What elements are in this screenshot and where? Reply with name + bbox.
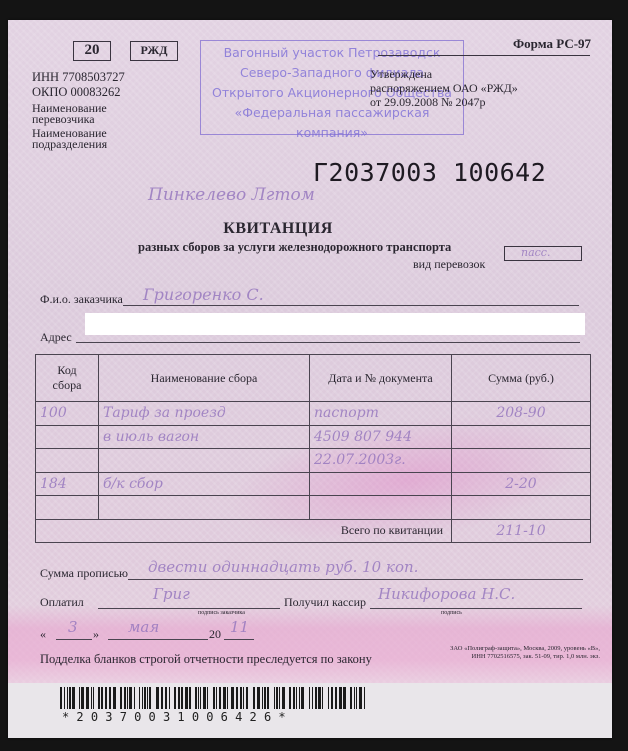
header-fee-name: Наименование сбора [99, 355, 310, 402]
barcode-bar [142, 687, 143, 709]
barcode-bar [198, 687, 199, 709]
paid-label: Оплатил [40, 595, 84, 610]
barcode-bar [162, 687, 163, 709]
total-label: Всего по квитанции [36, 519, 452, 543]
barcode-bar [223, 687, 226, 709]
sum-cell[interactable] [452, 449, 591, 473]
document-cell[interactable]: паспорт [310, 402, 452, 426]
barcode-bar [301, 687, 304, 709]
fees-table: Кодсбора Наименование сбора Дата и № док… [35, 354, 591, 543]
carrier-label: Наименование перевозчика [32, 103, 125, 125]
paid-signature-line [98, 608, 280, 609]
security-band [8, 605, 612, 683]
barcode-bar [79, 687, 81, 709]
transport-type-field[interactable]: пасс. [504, 246, 582, 261]
approval-note: Утверждена распоряжением ОАО «РЖД» от 29… [370, 67, 518, 109]
barcode-bar [328, 687, 329, 709]
barcode-bar [149, 687, 152, 709]
table-row: 22.07.2003г. [36, 449, 591, 473]
barcode-bar [289, 687, 291, 709]
amount-words-field[interactable]: двести одиннадцать руб. 10 коп. [148, 558, 418, 576]
barcode-bar [64, 687, 65, 709]
divider [378, 55, 590, 56]
barcode-bar [165, 687, 167, 709]
date-close-quote: » [93, 627, 99, 642]
date-day-line [56, 639, 92, 640]
header-document: Дата и № документа [310, 355, 452, 402]
barcode-bar [283, 687, 285, 709]
barcode-gap [366, 687, 369, 709]
address-field[interactable] [76, 342, 580, 343]
barcode-bar [279, 687, 280, 709]
serial-number: Г2037003 100642 [313, 158, 546, 187]
total-sum-cell[interactable]: 211-10 [452, 519, 591, 543]
table-row: 184 б/к сбор 2-20 [36, 472, 591, 496]
fee-name-cell[interactable]: в июль вагон [99, 425, 310, 449]
company-info: ИНН 7708503727 ОКПО 00083262 Наименовани… [32, 70, 125, 150]
fee-name-cell[interactable]: Тариф за проезд [99, 402, 310, 426]
table-row: в июль вагон 4509 807 944 [36, 425, 591, 449]
barcode-bar [274, 687, 275, 709]
barcode-bar [219, 687, 221, 709]
sum-cell[interactable] [452, 425, 591, 449]
barcode-bar [129, 687, 132, 709]
barcode-bar [312, 687, 313, 709]
barcode-bar [113, 687, 116, 709]
table-header-row: Кодсбора Наименование сбора Дата и № док… [36, 355, 591, 402]
form-name: Форма РС-97 [513, 36, 591, 52]
transport-type-label: вид перевозок [413, 257, 485, 272]
barcode-bar [134, 687, 135, 709]
okpo: ОКПО 00083262 [32, 85, 125, 100]
barcode-bar [296, 687, 297, 709]
barcode-bar [315, 687, 317, 709]
barcode-bar [101, 687, 103, 709]
barcode-bar [264, 687, 266, 709]
fee-name-cell[interactable] [99, 496, 310, 520]
printer-info: ЗАО «Полиграф-защита», Москва, 2009, уро… [378, 645, 600, 661]
box-number: 20 [73, 41, 111, 61]
barcode-bar [318, 687, 321, 709]
barcode-bar [262, 687, 263, 709]
table-row: 100 Тариф за проезд паспорт 208-90 [36, 402, 591, 426]
address-label: Адрес [40, 330, 72, 345]
customer-signature-caption: подпись заказчика [198, 610, 245, 616]
barcode-bar [331, 687, 333, 709]
barcode-bar [81, 687, 84, 709]
barcode-bar [240, 687, 243, 709]
barcode-bar [356, 687, 357, 709]
fee-code-cell[interactable] [36, 496, 99, 520]
barcode-bar [139, 687, 140, 709]
barcode-bar [276, 687, 278, 709]
document-cell[interactable]: 22.07.2003г. [310, 449, 452, 473]
date-century: 20 [209, 627, 221, 642]
barcode-bar [195, 687, 197, 709]
barcode-bar [203, 687, 206, 709]
cashier-signature-caption: подпись [441, 610, 462, 616]
fee-code-cell[interactable] [36, 425, 99, 449]
date-month-line [108, 639, 208, 640]
barcode-bar [335, 687, 338, 709]
sum-cell[interactable] [452, 496, 591, 520]
barcode-bar [86, 687, 89, 709]
barcode-bar [322, 687, 324, 709]
customer-name-label: Ф.и.о. заказчика [40, 292, 123, 307]
barcode-bar [236, 687, 238, 709]
brand-box: РЖД [130, 41, 178, 61]
division-label: Наименование подразделения [32, 128, 125, 150]
barcode-bar [243, 687, 244, 709]
cashier-label: Получил кассир [284, 595, 366, 610]
barcode-bar [339, 687, 342, 709]
barcode-bar [293, 687, 296, 709]
barcode-bar [359, 687, 362, 709]
amount-words-label: Сумма прописью [40, 566, 128, 581]
fee-code-cell[interactable]: 184 [36, 472, 99, 496]
barcode-bar [246, 687, 248, 709]
date-month-field[interactable]: мая [128, 618, 159, 636]
barcode-bar [124, 687, 126, 709]
barcode-bar [60, 687, 62, 709]
document-cell[interactable]: 4509 807 944 [310, 425, 452, 449]
sum-cell[interactable]: 208-90 [452, 402, 591, 426]
barcode-bar [343, 687, 346, 709]
barcode-bar [216, 687, 217, 709]
date-year-line [224, 639, 254, 640]
document-cell[interactable] [310, 496, 452, 520]
table-row [36, 496, 591, 520]
amount-words-line [128, 579, 583, 580]
cashier-signature-line [370, 608, 582, 609]
barcode-bar [127, 687, 128, 709]
date-year-field[interactable]: 11 [230, 618, 249, 636]
barcode-bar [257, 687, 260, 709]
barcode-bar [231, 687, 234, 709]
document-subtitle: разных сборов за услуги железнодорожного… [138, 240, 451, 255]
barcode-bar [147, 687, 148, 709]
customer-name-line [123, 305, 579, 306]
barcode-bar [253, 687, 256, 709]
barcode-bar [91, 687, 92, 709]
sum-cell[interactable]: 2-20 [452, 472, 591, 496]
cashier-signature-field[interactable]: Никифорова Н.С. [378, 585, 515, 603]
barcode-bar [144, 687, 146, 709]
barcode-bar [174, 687, 177, 709]
barcode-bar [207, 687, 208, 709]
barcode-bar [189, 687, 192, 709]
barcode-bar [309, 687, 311, 709]
barcode-bar [72, 687, 75, 709]
barcode-bar [282, 687, 283, 709]
receipt-form: 20 РЖД ИНН 7708503727 ОКПО 00083262 Наим… [8, 20, 612, 738]
fee-code-cell[interactable] [36, 449, 99, 473]
customer-signature-field[interactable]: Григ [153, 585, 190, 603]
barcode-bar [227, 687, 228, 709]
fee-name-cell[interactable] [99, 449, 310, 473]
barcode-bar [105, 687, 108, 709]
date-day-field[interactable]: 3 [68, 618, 78, 636]
inn: ИНН 7708503727 [32, 70, 125, 85]
header-code: Кодсбора [36, 355, 99, 402]
fee-name-cell[interactable]: б/к сбор [99, 472, 310, 496]
document-title: КВИТАНЦИЯ [8, 220, 548, 238]
header-sum: Сумма (руб.) [452, 355, 591, 402]
barcode-bar [200, 687, 202, 709]
barcode-bar [69, 687, 72, 709]
handwritten-note: Пинкелево Лгтом [148, 185, 315, 205]
barcode-bar [156, 687, 159, 709]
barcode-bar [109, 687, 111, 709]
barcode-bar [120, 687, 123, 709]
document-cell[interactable] [310, 472, 452, 496]
barcode-bar [354, 687, 355, 709]
barcode-bar [67, 687, 68, 709]
barcode-bar [161, 687, 162, 709]
barcode-bar [267, 687, 270, 709]
date-open-quote: « [40, 627, 46, 642]
barcode-bar [93, 687, 94, 709]
total-row: Всего по квитанции 211-10 [36, 519, 591, 543]
barcode-bar [169, 687, 170, 709]
barcode-bar [350, 687, 352, 709]
barcode-bar [364, 687, 365, 709]
barcode-bar [299, 687, 300, 709]
barcode-bar [178, 687, 180, 709]
barcode-text: *20370031006426* [62, 710, 293, 724]
forgery-warning: Подделка бланков строгой отчетности прес… [40, 652, 372, 667]
customer-name-field[interactable]: Григоренко С. [143, 285, 264, 304]
barcode-bar [181, 687, 183, 709]
redaction-block [85, 313, 585, 335]
barcode [60, 687, 368, 709]
fee-code-cell[interactable]: 100 [36, 402, 99, 426]
barcode-bar [98, 687, 100, 709]
barcode-bar [213, 687, 216, 709]
barcode-bar [185, 687, 188, 709]
